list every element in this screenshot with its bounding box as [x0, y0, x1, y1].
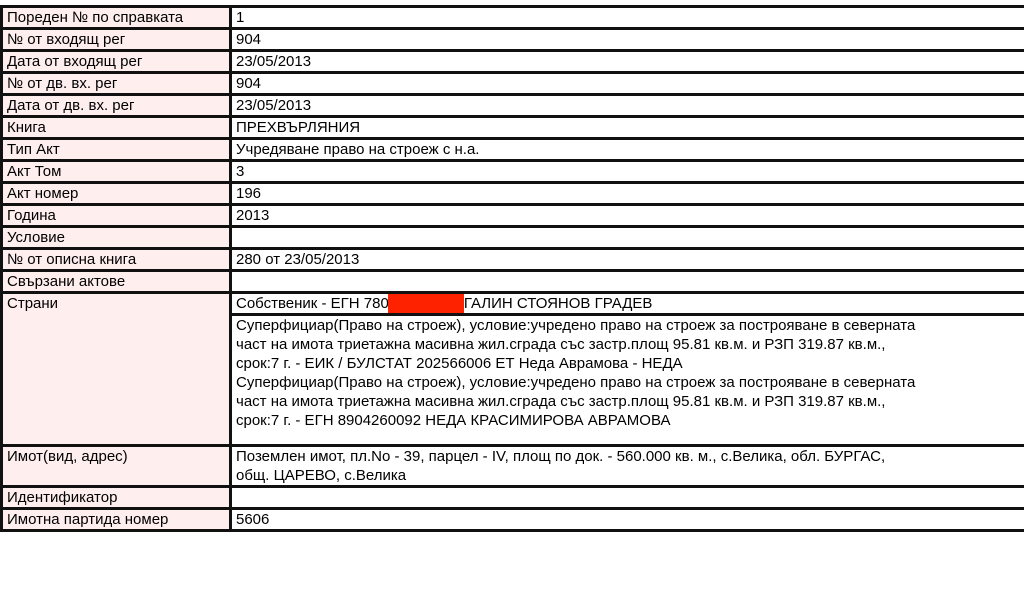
- parties-row: Страни Собственик - ЕГН 780ГАЛИН СТОЯНОВ…: [2, 293, 1024, 315]
- table-row: Акт номер196: [2, 183, 1024, 205]
- identifier-value: [231, 487, 1024, 509]
- superficiary-line: срок:7 г. - ЕГН 8904260092 НЕДА КРАСИМИР…: [236, 411, 1023, 430]
- field-value: 2013: [231, 205, 1024, 227]
- table-row: КнигаПРЕХВЪРЛЯНИЯ: [2, 117, 1024, 139]
- record-table-wrapper: Пореден № по справката1 № от входящ рег9…: [0, 5, 1024, 532]
- property-label: Имот(вид, адрес): [2, 446, 231, 487]
- table-row: № от входящ рег904: [2, 29, 1024, 51]
- field-value: Учредяване право на строеж с н.а.: [231, 139, 1024, 161]
- property-batch-value: 5606: [231, 509, 1024, 531]
- superficiary-entries: Суперфициар(Право на строеж), условие:уч…: [231, 315, 1024, 446]
- identifier-label: Идентификатор: [2, 487, 231, 509]
- property-row: Имот(вид, адрес) Поземлен имот, пл.No - …: [2, 446, 1024, 487]
- property-line: Поземлен имот, пл.No - 39, парцел - IV, …: [236, 447, 1023, 466]
- field-label: Година: [2, 205, 231, 227]
- field-label: № от дв. вх. рег: [2, 73, 231, 95]
- property-batch-row: Имотна партида номер 5606: [2, 509, 1024, 531]
- table-row: Тип АктУчредяване право на строеж с н.а.: [2, 139, 1024, 161]
- field-label: Свързани актове: [2, 271, 231, 293]
- field-value: 23/05/2013: [231, 51, 1024, 73]
- owner-entry: Собственик - ЕГН 780ГАЛИН СТОЯНОВ ГРАДЕВ: [231, 293, 1024, 315]
- superficiary-line: Суперфициар(Право на строеж), условие:уч…: [236, 373, 1023, 392]
- redaction-box: [388, 294, 464, 313]
- property-record-table: Пореден № по справката1 № от входящ рег9…: [0, 5, 1024, 532]
- superficiary-line: Суперфициар(Право на строеж), условие:уч…: [236, 316, 1023, 335]
- field-label: № от входящ рег: [2, 29, 231, 51]
- property-batch-label: Имотна партида номер: [2, 509, 231, 531]
- field-value: 280 от 23/05/2013: [231, 249, 1024, 271]
- field-label: № от описна книга: [2, 249, 231, 271]
- field-label: Акт Том: [2, 161, 231, 183]
- table-row: Дата от входящ рег23/05/2013: [2, 51, 1024, 73]
- field-value: 3: [231, 161, 1024, 183]
- identifier-row: Идентификатор: [2, 487, 1024, 509]
- property-value: Поземлен имот, пл.No - 39, парцел - IV, …: [231, 446, 1024, 487]
- field-label: Тип Акт: [2, 139, 231, 161]
- owner-name: ГАЛИН СТОЯНОВ ГРАДЕВ: [464, 295, 653, 312]
- table-row: № от описна книга280 от 23/05/2013: [2, 249, 1024, 271]
- superficiary-line: срок:7 г. - ЕИК / БУЛСТАТ 202566006 ЕТ Н…: [236, 354, 1023, 373]
- table-row: Акт Том3: [2, 161, 1024, 183]
- owner-prefix: Собственик - ЕГН 780: [236, 295, 389, 312]
- field-value: 23/05/2013: [231, 95, 1024, 117]
- superficiary-line: част на имота триетажна масивна жил.сгра…: [236, 392, 1023, 411]
- field-value: 196: [231, 183, 1024, 205]
- table-row: Година2013: [2, 205, 1024, 227]
- field-value: 904: [231, 73, 1024, 95]
- table-row: Условие: [2, 227, 1024, 249]
- field-value: [231, 227, 1024, 249]
- field-value: 1: [231, 7, 1024, 29]
- table-row: Дата от дв. вх. рег23/05/2013: [2, 95, 1024, 117]
- field-value: ПРЕХВЪРЛЯНИЯ: [231, 117, 1024, 139]
- table-row: № от дв. вх. рег904: [2, 73, 1024, 95]
- table-row: Свързани актове: [2, 271, 1024, 293]
- table-row: Пореден № по справката1: [2, 7, 1024, 29]
- field-value: [231, 271, 1024, 293]
- field-label: Книга: [2, 117, 231, 139]
- field-value: 904: [231, 29, 1024, 51]
- field-label: Дата от дв. вх. рег: [2, 95, 231, 117]
- property-line: общ. ЦАРЕВО, с.Велика: [236, 466, 1023, 485]
- field-label: Пореден № по справката: [2, 7, 231, 29]
- parties-label: Страни: [2, 293, 231, 446]
- field-label: Акт номер: [2, 183, 231, 205]
- field-label: Условие: [2, 227, 231, 249]
- superficiary-line: част на имота триетажна масивна жил.сгра…: [236, 335, 1023, 354]
- field-label: Дата от входящ рег: [2, 51, 231, 73]
